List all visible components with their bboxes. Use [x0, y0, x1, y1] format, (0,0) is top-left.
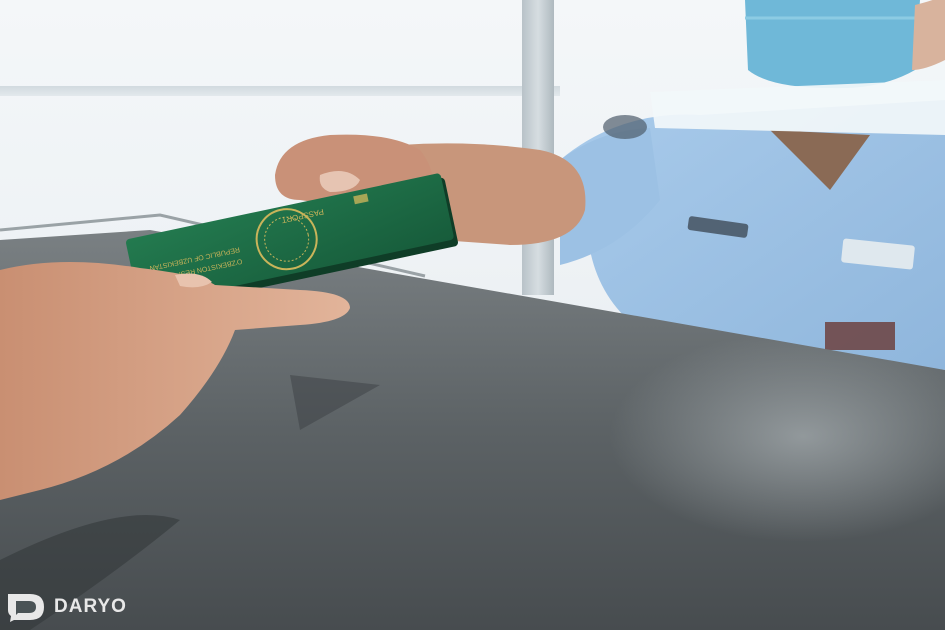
scene-illustration: PASSPORT REPUBLIC OF UZBEKISTAN O'ZBEKIS… [0, 0, 945, 630]
daryo-logo-text: DARYO [54, 596, 127, 618]
glass-partition [650, 80, 945, 135]
daryo-logo-icon [6, 592, 46, 622]
photo-scene: PASSPORT REPUBLIC OF UZBEKISTAN O'ZBEKIS… [0, 0, 945, 630]
daryo-watermark: DARYO [6, 592, 127, 622]
